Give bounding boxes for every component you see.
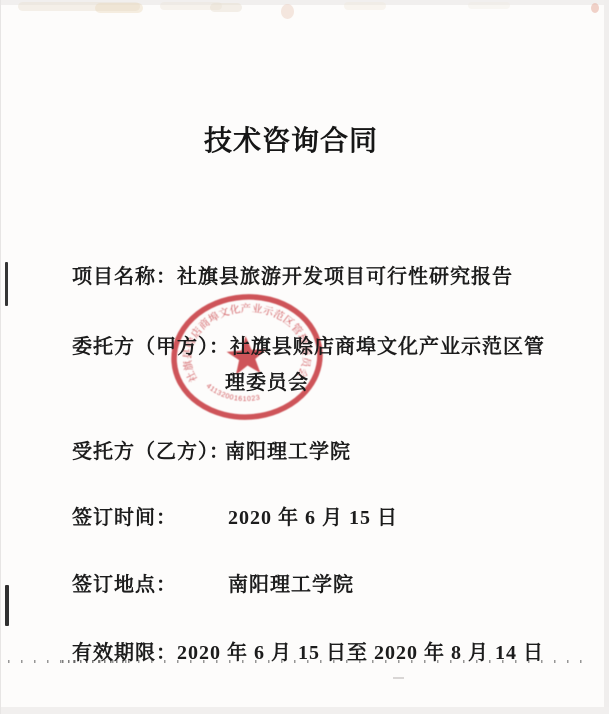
field-value: 社旗县旅游开发项目可行性研究报告: [177, 266, 513, 288]
field-client-continued: 理委员会: [225, 371, 309, 395]
scan-smudge: [281, 4, 294, 19]
field-label: 项目名称：: [72, 266, 177, 288]
scan-smudge: [393, 677, 404, 679]
field-validity: 有效期限：2020 年 6 月 15 日至 2020 年 8 月 14 日: [72, 641, 544, 665]
binder-mark: [5, 262, 8, 306]
field-contractor-value: 南阳理工学院: [225, 440, 351, 464]
scan-edge-left: [0, 0, 1, 714]
field-value: 2020 年 6 月 15 日至 2020 年 8 月 14 日: [177, 642, 544, 664]
field-sign-time-value: 2020 年 6 月 15 日: [228, 506, 398, 530]
scan-smudge: [344, 2, 386, 10]
page-title: 技术咨询合同: [204, 119, 378, 159]
scan-smudge: [591, 3, 599, 13]
scan-edge-bottom: [0, 707, 609, 714]
scanned-contract-page: 社旗县赊店商埠文化产业示范区管理委员会 4113200161023 技术咨询合同…: [0, 0, 609, 714]
field-sign-place-value: 南阳理工学院: [228, 573, 354, 597]
field-contractor-label: 受托方（乙方）：: [72, 440, 230, 464]
scan-smudge: [468, 2, 510, 9]
binder-mark: [5, 585, 9, 626]
field-label: 委托方（甲方）：: [72, 336, 230, 358]
field-client: 委托方（甲方）：社旗县赊店商埠文化产业示范区管: [72, 335, 545, 359]
scan-smudge: [95, 3, 143, 13]
field-sign-place-label: 签订地点：: [72, 573, 177, 597]
scan-smudge: [210, 3, 242, 12]
field-value: 社旗县赊店商埠文化产业示范区管: [230, 336, 545, 358]
field-project-name: 项目名称：社旗县旅游开发项目可行性研究报告: [72, 265, 513, 289]
field-sign-time-label: 签订时间：: [72, 506, 177, 530]
field-label: 有效期限：: [72, 642, 177, 664]
scan-edge-right: [604, 0, 609, 714]
